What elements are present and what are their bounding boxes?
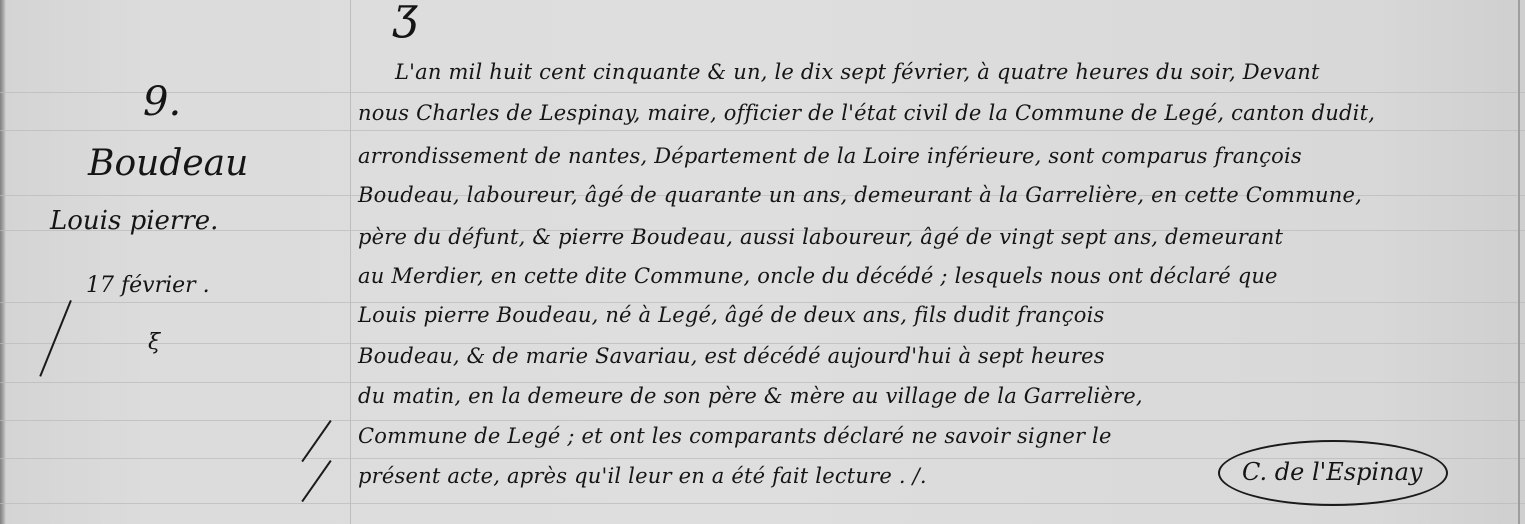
margin-date-mark: ξ <box>148 332 160 354</box>
body-line-6: au Merdier, en cette dite Commune, oncle… <box>358 266 1278 287</box>
ruled-line <box>0 382 1525 383</box>
ruled-line <box>0 420 1525 421</box>
margin-surname: Boudeau <box>88 146 248 182</box>
body-line-10: Commune de Legé ; et ont les comparants … <box>358 426 1112 447</box>
body-line-3: arrondissement de nantes, Département de… <box>358 146 1302 167</box>
lead-flourish-stroke <box>301 460 331 502</box>
page-edge <box>1518 0 1520 524</box>
body-line-1: L'an mil huit cent cinquante & un, le di… <box>395 62 1320 83</box>
body-line-9: du matin, en la demeure de son père & mè… <box>358 386 1143 407</box>
body-line-8: Boudeau, & de marie Savariau, est décédé… <box>358 346 1105 367</box>
body-line-7: Louis pierre Boudeau, né à Legé, âgé de … <box>358 305 1104 326</box>
entry-number: 9. <box>143 82 181 122</box>
binding-shadow <box>0 0 6 524</box>
ruled-line <box>0 92 1525 93</box>
register-page: 9. Boudeau Louis pierre. 17 février . ξ … <box>0 0 1525 524</box>
header-flourish: ʒ <box>393 0 418 36</box>
margin-flourish-stroke <box>39 300 72 377</box>
body-line-5: père du défunt, & pierre Boudeau, aussi … <box>358 227 1283 248</box>
body-line-11: présent acte, après qu'il leur en a été … <box>358 466 927 487</box>
body-line-4: Boudeau, laboureur, âgé de quarante un a… <box>358 185 1362 206</box>
margin-date: 17 février . <box>86 275 210 297</box>
margin-given-names: Louis pierre. <box>50 208 218 234</box>
margin-rule <box>350 0 351 524</box>
lead-flourish-stroke <box>301 420 331 462</box>
signature-text: C. de l'Espinay <box>1242 458 1422 486</box>
body-line-2: nous Charles de Lespinay, maire, officie… <box>358 103 1375 124</box>
mayor-signature: C. de l'Espinay <box>1218 440 1448 506</box>
ruled-line <box>0 130 1525 131</box>
